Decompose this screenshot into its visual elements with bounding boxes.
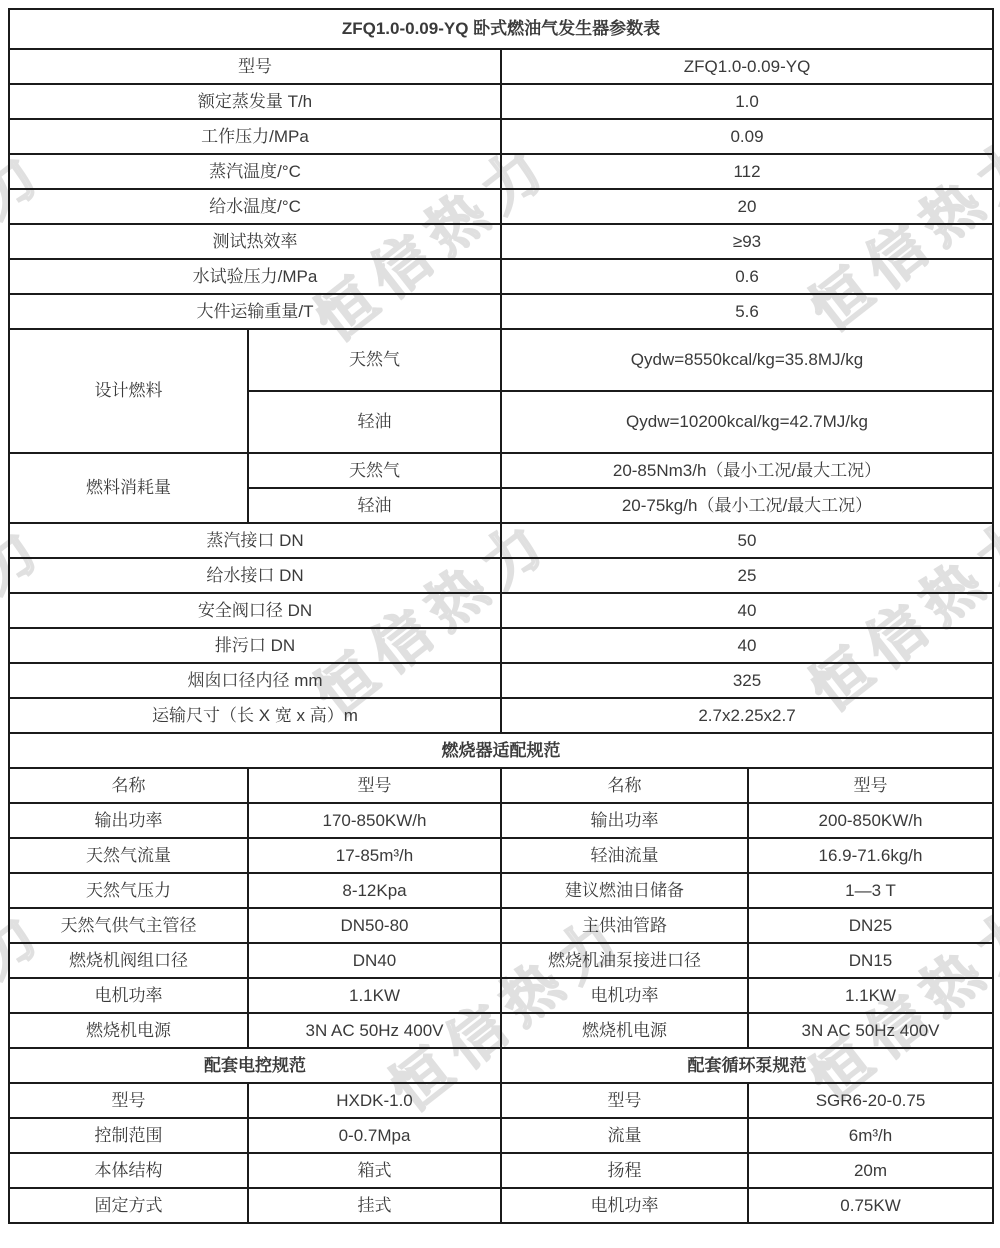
column-header: 名称 [501,768,748,803]
cell-label: 输出功率 [501,803,748,838]
cell-value: 40 [501,593,993,628]
group-label-design-fuel: 设计燃料 [9,329,248,453]
cell-value: 2.7x2.25x2.7 [501,698,993,733]
cell-label: 主供油管路 [501,908,748,943]
cell-value: 0.6 [501,259,993,294]
cell-label: 天然气压力 [9,873,248,908]
column-header: 型号 [748,768,993,803]
cell-label: 大件运输重量/T [9,294,501,329]
cell-label: 蒸汽温度/°C [9,154,501,189]
cell-value: 1.1KW [248,978,501,1013]
cell-value: 8-12Kpa [248,873,501,908]
fuel-type: 天然气 [248,329,501,391]
group-label-fuel-consumption: 燃料消耗量 [9,453,248,523]
cell-label: 烟囱口径内径 mm [9,663,501,698]
cell-value: 0-0.7Mpa [248,1118,501,1153]
cell-value: DN15 [748,943,993,978]
cell-value: 20m [748,1153,993,1188]
cell-value: 17-85m³/h [248,838,501,873]
cell-label: 燃烧机电源 [501,1013,748,1048]
cell-label: 型号 [9,49,501,84]
column-header: 型号 [248,768,501,803]
cell-label: 扬程 [501,1153,748,1188]
cell-value: 20 [501,189,993,224]
cell-value: Qydw=8550kcal/kg=35.8MJ/kg [501,329,993,391]
cell-label: 流量 [501,1118,748,1153]
cell-value: DN25 [748,908,993,943]
cell-label: 本体结构 [9,1153,248,1188]
cell-value: 170-850KW/h [248,803,501,838]
cell-value: DN50-80 [248,908,501,943]
cell-label: 排污口 DN [9,628,501,663]
cell-value: 112 [501,154,993,189]
table-title: ZFQ1.0-0.09-YQ 卧式燃油气发生器参数表 [9,9,993,49]
cell-label: 输出功率 [9,803,248,838]
cell-label: 电机功率 [501,1188,748,1223]
cell-label: 固定方式 [9,1188,248,1223]
fuel-type: 轻油 [248,488,501,523]
cell-label: 蒸汽接口 DN [9,523,501,558]
cell-value: SGR6-20-0.75 [748,1083,993,1118]
cell-value: 挂式 [248,1188,501,1223]
cell-value: 3N AC 50Hz 400V [748,1013,993,1048]
fuel-type: 天然气 [248,453,501,488]
column-header: 名称 [9,768,248,803]
cell-label: 安全阀口径 DN [9,593,501,628]
cell-value: ≥93 [501,224,993,259]
cell-value: 40 [501,628,993,663]
cell-value: 0.09 [501,119,993,154]
cell-value: 16.9-71.6kg/h [748,838,993,873]
cell-label: 燃烧机阀组口径 [9,943,248,978]
cell-label: 型号 [9,1083,248,1118]
cell-label: 建议燃油日储备 [501,873,748,908]
cell-label: 燃烧机油泵接进口径 [501,943,748,978]
cell-value: 箱式 [248,1153,501,1188]
cell-label: 天然气供气主管径 [9,908,248,943]
cell-value: 6m³/h [748,1118,993,1153]
section-header-electric-control: 配套电控规范 [9,1048,501,1083]
spec-table-container: ZFQ1.0-0.09-YQ 卧式燃油气发生器参数表 型号 ZFQ1.0-0.0… [8,8,992,1224]
cell-value: 1.1KW [748,978,993,1013]
cell-label: 天然气流量 [9,838,248,873]
cell-label: 电机功率 [501,978,748,1013]
cell-label: 测试热效率 [9,224,501,259]
cell-value: 50 [501,523,993,558]
cell-value: 1—3 T [748,873,993,908]
cell-value: 3N AC 50Hz 400V [248,1013,501,1048]
cell-value: 325 [501,663,993,698]
cell-label: 燃烧机电源 [9,1013,248,1048]
cell-label: 轻油流量 [501,838,748,873]
cell-label: 电机功率 [9,978,248,1013]
cell-value: 200-850KW/h [748,803,993,838]
fuel-type: 轻油 [248,391,501,453]
cell-label: 型号 [501,1083,748,1118]
cell-label: 额定蒸发量 T/h [9,84,501,119]
cell-label: 工作压力/MPa [9,119,501,154]
cell-value: HXDK-1.0 [248,1083,501,1118]
cell-label: 水试验压力/MPa [9,259,501,294]
cell-value: DN40 [248,943,501,978]
cell-value: ZFQ1.0-0.09-YQ [501,49,993,84]
section-header-circulation-pump: 配套循环泵规范 [501,1048,993,1083]
cell-label: 运输尺寸（长 X 宽 x 高）m [9,698,501,733]
cell-label: 给水温度/°C [9,189,501,224]
cell-value: Qydw=10200kcal/kg=42.7MJ/kg [501,391,993,453]
cell-label: 控制范围 [9,1118,248,1153]
cell-value: 20-85Nm3/h（最小工况/最大工况） [501,453,993,488]
cell-value: 25 [501,558,993,593]
cell-value: 20-75kg/h（最小工况/最大工况） [501,488,993,523]
cell-value: 5.6 [501,294,993,329]
spec-table: ZFQ1.0-0.09-YQ 卧式燃油气发生器参数表 型号 ZFQ1.0-0.0… [8,8,994,1224]
cell-label: 给水接口 DN [9,558,501,593]
cell-value: 0.75KW [748,1188,993,1223]
cell-value: 1.0 [501,84,993,119]
section-header-burner: 燃烧器适配规范 [9,733,993,768]
